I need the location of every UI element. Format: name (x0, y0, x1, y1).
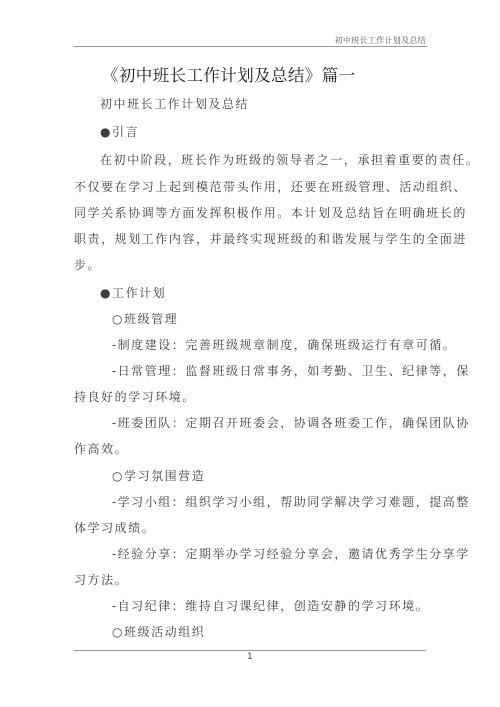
paragraph-line: 同学关系协调等方面发挥积极作用。本计划及总结旨在明确班长的 (74, 206, 426, 220)
subsection-heading-study-atmosphere: ○学习氛围营造 (112, 469, 426, 483)
list-item: -经验分享：定期举办学习经验分享会，邀请优秀学生分享学 (112, 547, 426, 561)
list-item: -日常管理：监督班级日常事务，如考勤、卫生、纪律等，保 (112, 364, 426, 378)
paragraph-line: 在初中阶段，班长作为班级的领导者之一，承担着重要的责任。 (100, 153, 426, 167)
list-item-continuation: 持良好的学习环境。 (74, 390, 426, 404)
list-item: -学习小组：组织学习小组，帮助同学解决学习难题，提高整 (112, 495, 426, 509)
list-item-continuation: 作高效。 (74, 442, 426, 456)
document-title: 《初中班长工作计划及总结》篇一 (102, 62, 356, 86)
header-divider (74, 46, 427, 47)
running-header: 初中班长工作计划及总结 (335, 35, 426, 46)
subsection-heading-class-management: ○班级管理 (112, 312, 426, 326)
paragraph-line: 步。 (74, 258, 426, 272)
list-item-continuation: 体学习成绩。 (74, 521, 426, 535)
list-item: -自习纪律：维持自习课纪律，创造安静的学习环境。 (112, 599, 426, 613)
section-heading-intro: ●引言 (100, 125, 426, 139)
section-heading-work-plan: ●工作计划 (100, 286, 426, 300)
list-item: -班委团队：定期召开班委会，协调各班委工作，确保团队协 (112, 416, 426, 430)
page-number: 1 (247, 652, 253, 662)
list-item: -制度建设：完善班级规章制度，确保班级运行有章可循。 (112, 338, 426, 352)
paragraph-line: 职责，规划工作内容，并最终实现班级的和谐发展与学生的全面进 (74, 232, 426, 246)
subtitle: 初中班长工作计划及总结 (100, 97, 426, 111)
paragraph-line: 不仅要在学习上起到模范带头作用，还要在班级管理、活动组织、 (74, 180, 426, 194)
subsection-heading-class-activities: ○班级活动组织 (112, 625, 426, 639)
footer-divider (74, 650, 426, 651)
list-item-continuation: 习方法。 (74, 573, 426, 587)
